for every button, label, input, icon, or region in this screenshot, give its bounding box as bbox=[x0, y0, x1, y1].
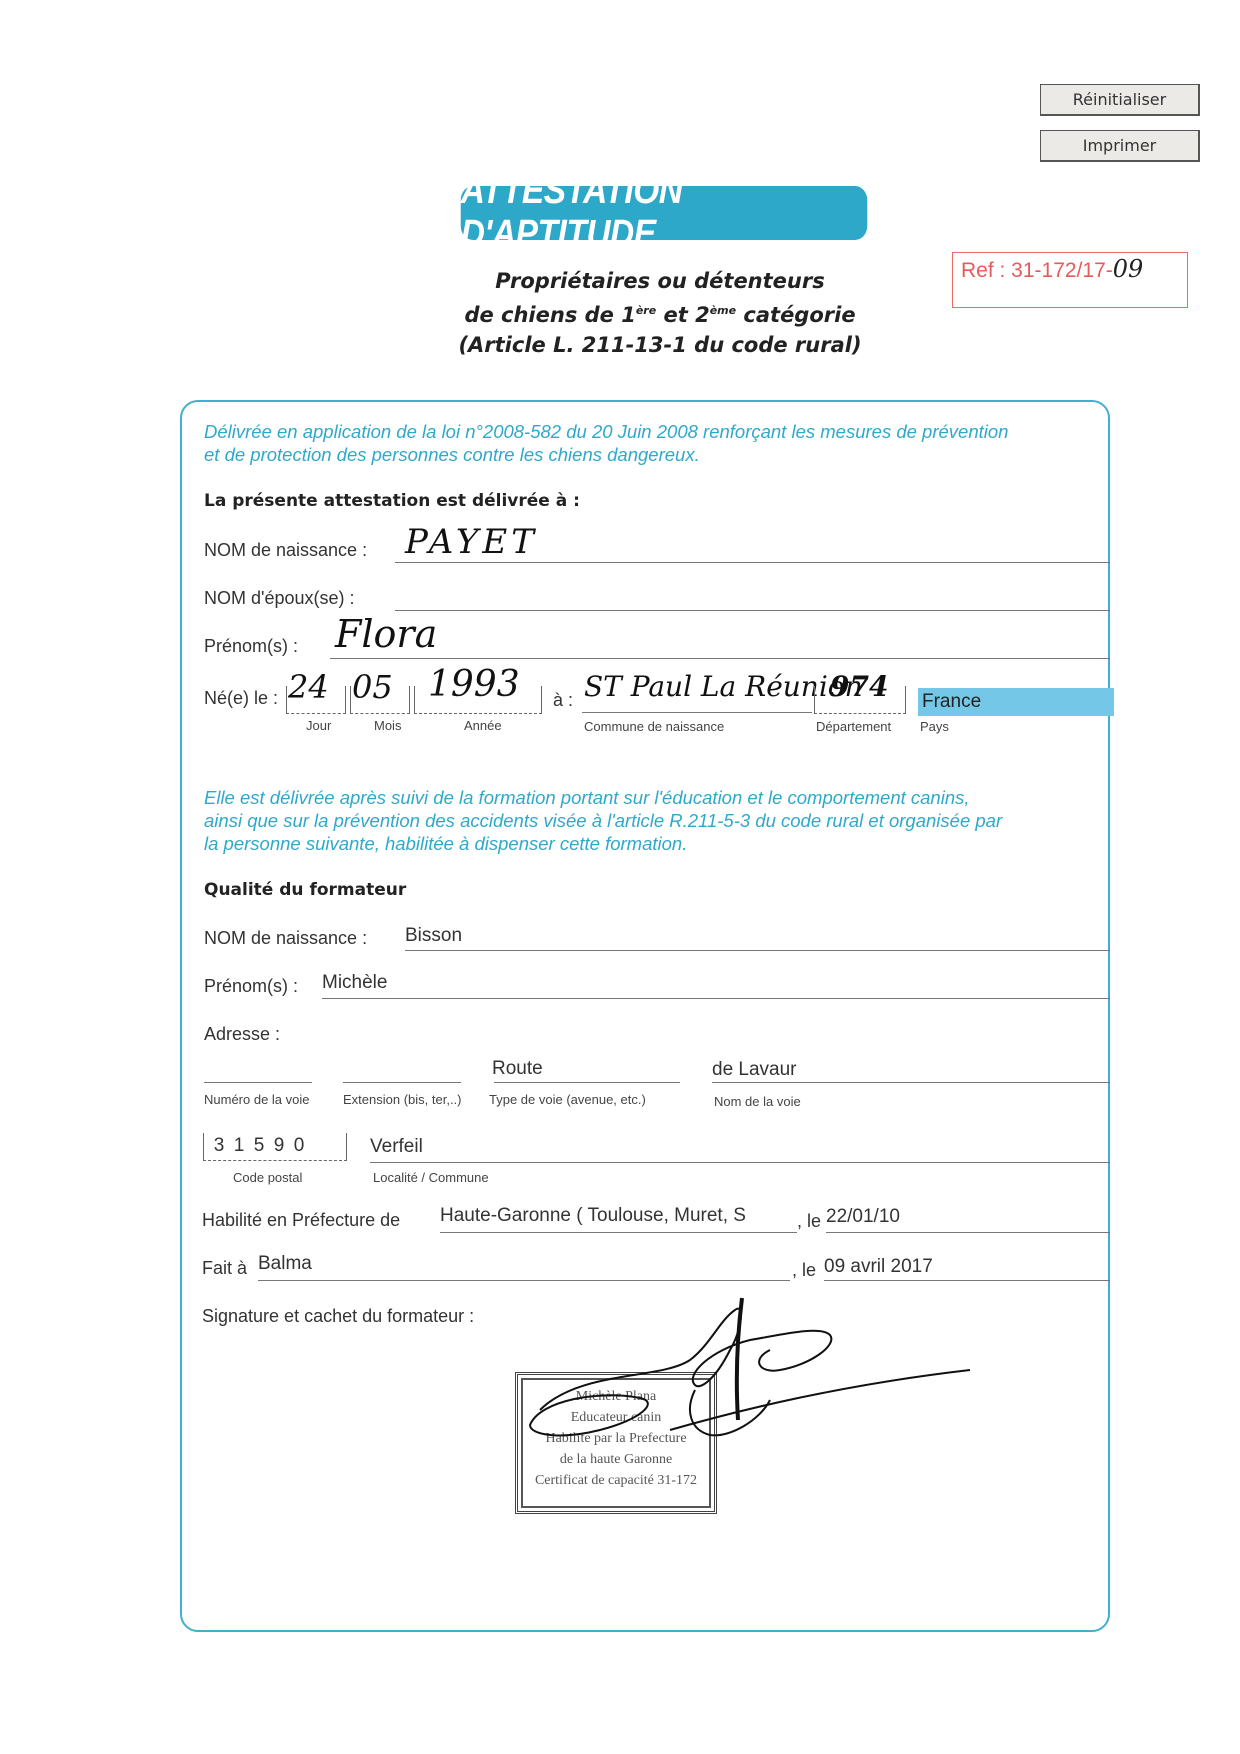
fait-date-line bbox=[824, 1280, 1110, 1281]
mois-caption: Mois bbox=[374, 718, 401, 733]
jour-field[interactable]: 24 bbox=[288, 668, 329, 706]
formation-line2: ainsi que sur la prévention des accident… bbox=[204, 809, 1002, 832]
nom-epoux-label: NOM d'époux(se) : bbox=[204, 588, 355, 609]
recipient-heading: La présente attestation est délivrée à : bbox=[204, 491, 580, 511]
trainer-nom-label: NOM de naissance : bbox=[204, 928, 367, 949]
sup-ere: ère bbox=[636, 304, 656, 317]
fait-label: Fait à bbox=[202, 1258, 247, 1279]
habilite-date-line bbox=[826, 1232, 1110, 1233]
subtitle-line2-a: de chiens de 1 bbox=[464, 303, 635, 327]
postal-digit: 3 bbox=[210, 1135, 230, 1157]
habilite-label: Habilité en Préfecture de bbox=[202, 1210, 400, 1231]
subtitle-line2: de chiens de 1ère et 2ème catégorie bbox=[380, 296, 940, 330]
adresse-label: Adresse : bbox=[204, 1024, 280, 1045]
nom-naissance-line bbox=[395, 562, 1110, 563]
postal-digit: 5 bbox=[250, 1135, 270, 1157]
localite-caption: Localité / Commune bbox=[373, 1170, 489, 1185]
habilite-field[interactable]: Haute-Garonne ( Toulouse, Muret, S bbox=[440, 1205, 796, 1227]
nom-epoux-field[interactable] bbox=[395, 610, 1110, 611]
habilite-le-label: , le bbox=[797, 1211, 821, 1232]
fait-date-field[interactable]: 09 avril 2017 bbox=[824, 1256, 933, 1278]
localite-field[interactable]: Verfeil bbox=[370, 1136, 423, 1158]
ne-le-label: Né(e) le : bbox=[204, 688, 278, 709]
subtitle-line3: (Article L. 211-13-1 du code rural) bbox=[380, 330, 940, 360]
annee-field[interactable]: 1993 bbox=[428, 664, 520, 705]
postal-digit: 1 bbox=[230, 1135, 250, 1157]
intro-line2: et de protection des personnes contre le… bbox=[204, 443, 1008, 466]
prenom-label: Prénom(s) : bbox=[204, 636, 298, 657]
jour-caption: Jour bbox=[306, 718, 331, 733]
pays-field[interactable]: France bbox=[918, 688, 1114, 716]
intro-text: Délivrée en application de la loi n°2008… bbox=[204, 420, 1008, 466]
signature-label: Signature et cachet du formateur : bbox=[202, 1306, 474, 1327]
reset-button[interactable]: Réinitialiser bbox=[1040, 84, 1200, 116]
type-voie-line bbox=[494, 1082, 680, 1083]
mois-field[interactable]: 05 bbox=[352, 668, 393, 706]
subtitle-line2-c: catégorie bbox=[736, 303, 855, 327]
nom-voie-line bbox=[712, 1082, 1110, 1083]
nom-naissance-field[interactable]: PAYET bbox=[405, 522, 538, 562]
trainer-prenom-line bbox=[322, 998, 1110, 999]
prenom-line bbox=[330, 658, 1110, 659]
print-button[interactable]: Imprimer bbox=[1040, 130, 1200, 162]
nom-voie-caption: Nom de la voie bbox=[714, 1094, 801, 1109]
fait-le-label: , le bbox=[792, 1260, 816, 1281]
commune-caption: Commune de naissance bbox=[584, 719, 724, 734]
subtitle-line2-b: et 2 bbox=[656, 303, 710, 327]
extension-caption: Extension (bis, ter,..) bbox=[343, 1092, 462, 1107]
sup-eme: ème bbox=[710, 304, 736, 317]
type-voie-caption: Type de voie (avenue, etc.) bbox=[489, 1092, 646, 1107]
numero-caption: Numéro de la voie bbox=[204, 1092, 310, 1107]
page-title: ATTESTATION D'APTITUDE bbox=[461, 186, 868, 240]
reference-text: Ref : 31-172/17-09 bbox=[961, 255, 1143, 283]
reference-handwritten: 09 bbox=[1113, 255, 1144, 283]
reference-box: Ref : 31-172/17-09 bbox=[952, 252, 1188, 308]
trainer-prenom-field[interactable]: Michèle bbox=[322, 972, 387, 994]
type-voie-field[interactable]: Route bbox=[492, 1058, 543, 1080]
formation-text: Elle est délivrée après suivi de la form… bbox=[204, 786, 1002, 855]
postal-digit: 9 bbox=[270, 1135, 290, 1157]
postal-digit: 0 bbox=[290, 1135, 310, 1157]
trainer-nom-line bbox=[405, 950, 1110, 951]
signature-icon bbox=[520, 1290, 980, 1490]
formation-line1: Elle est délivrée après suivi de la form… bbox=[204, 786, 1002, 809]
commune-line bbox=[582, 712, 812, 713]
trainer-prenom-label: Prénom(s) : bbox=[204, 976, 298, 997]
nom-naissance-label: NOM de naissance : bbox=[204, 540, 367, 561]
numero-voie-field[interactable] bbox=[204, 1082, 312, 1083]
intro-line1: Délivrée en application de la loi n°2008… bbox=[204, 420, 1008, 443]
localite-line bbox=[370, 1162, 1110, 1163]
subtitle-line1: Propriétaires ou détenteurs bbox=[380, 266, 940, 296]
extension-field[interactable] bbox=[343, 1082, 461, 1083]
annee-caption: Année bbox=[464, 718, 502, 733]
trainer-nom-field[interactable]: Bisson bbox=[405, 925, 462, 947]
trainer-heading: Qualité du formateur bbox=[204, 880, 406, 900]
a-label: à : bbox=[553, 690, 573, 711]
departement-caption: Département bbox=[816, 719, 891, 734]
code-postal-caption: Code postal bbox=[233, 1170, 302, 1185]
habilite-date-field[interactable]: 22/01/10 bbox=[826, 1206, 900, 1228]
pays-caption: Pays bbox=[920, 719, 949, 734]
subtitle: Propriétaires ou détenteurs de chiens de… bbox=[380, 266, 940, 360]
prenom-field[interactable]: Flora bbox=[335, 612, 437, 656]
habilite-line bbox=[440, 1232, 797, 1233]
nom-voie-field[interactable]: de Lavaur bbox=[712, 1059, 797, 1081]
departement-field[interactable]: 974 bbox=[830, 670, 888, 703]
fait-line bbox=[258, 1280, 790, 1281]
fait-field[interactable]: Balma bbox=[258, 1253, 312, 1275]
code-postal-field[interactable]: 31590 bbox=[210, 1135, 310, 1157]
reference-label: Ref : 31-172/17- bbox=[961, 259, 1113, 282]
formation-line3: la personne suivante, habilitée à dispen… bbox=[204, 832, 1002, 855]
